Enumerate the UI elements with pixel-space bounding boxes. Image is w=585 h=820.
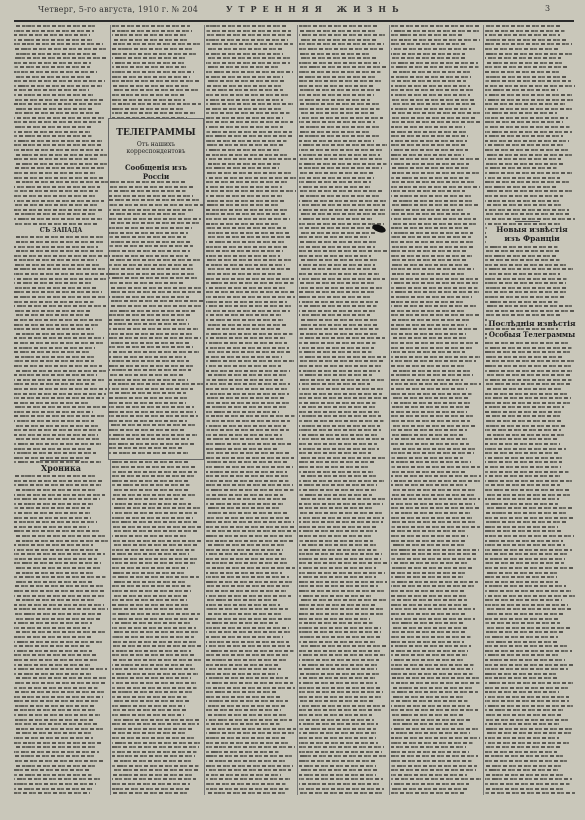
text-line <box>112 512 197 514</box>
text-line <box>485 636 558 638</box>
text-line <box>485 112 557 114</box>
text-line <box>206 140 287 142</box>
text-line <box>112 553 189 555</box>
text-line <box>206 466 293 468</box>
text-line <box>485 429 561 431</box>
text-line <box>391 103 475 105</box>
text-line <box>14 172 95 174</box>
text-line <box>485 57 561 59</box>
text-line <box>485 755 565 757</box>
text-line <box>206 420 290 422</box>
text-line <box>112 489 188 491</box>
text-line <box>391 268 474 270</box>
text-line <box>14 549 98 551</box>
telegrams-heading: ТЕЛЕГРАММЫ <box>109 129 203 138</box>
text-line <box>299 521 383 523</box>
text-line <box>391 774 467 776</box>
text-line <box>14 769 91 771</box>
text-line <box>14 177 105 179</box>
text-line <box>206 158 296 160</box>
text-line <box>206 319 283 321</box>
text-line <box>299 673 380 675</box>
section-rule <box>40 460 80 461</box>
text-line <box>206 461 288 463</box>
text-line <box>206 691 278 693</box>
text-line <box>391 540 467 542</box>
text-line <box>485 89 558 91</box>
text-line <box>485 567 574 569</box>
text-line <box>206 209 289 211</box>
text-line <box>206 714 286 716</box>
text-line <box>14 760 103 762</box>
text-line <box>14 512 90 514</box>
text-line <box>299 567 376 569</box>
text-line <box>206 613 281 615</box>
text-line <box>206 305 291 307</box>
text-line <box>391 443 469 445</box>
text-line <box>112 498 184 500</box>
text-line <box>206 521 294 523</box>
text-line <box>206 673 278 675</box>
text-line <box>391 34 464 36</box>
column-1 <box>14 25 108 795</box>
text-line <box>299 471 373 473</box>
text-line <box>485 200 559 202</box>
text-line <box>109 213 186 215</box>
text-line <box>299 751 382 753</box>
text-line <box>391 301 465 303</box>
text-line <box>485 746 561 748</box>
text-line <box>485 282 566 284</box>
text-line <box>485 673 558 675</box>
text-line <box>299 530 377 532</box>
text-line <box>299 181 371 183</box>
text-line <box>299 209 385 211</box>
text-line <box>112 526 202 528</box>
text-line <box>391 66 479 68</box>
col1-subheading: СЪ ЗАПАДА <box>14 226 108 235</box>
text-line <box>391 728 478 730</box>
text-line <box>112 622 190 624</box>
text-line <box>206 103 293 105</box>
text-line <box>112 709 186 711</box>
chronicle-heading: Хроника <box>14 464 108 473</box>
text-line <box>112 778 196 780</box>
text-line <box>299 778 383 780</box>
text-line <box>391 57 466 59</box>
text-line <box>206 218 290 220</box>
text-line <box>391 85 470 87</box>
text-line <box>299 213 385 215</box>
text-line <box>391 723 463 725</box>
text-line <box>391 732 470 734</box>
text-line <box>14 370 106 372</box>
text-line <box>206 480 289 482</box>
text-line <box>206 751 279 753</box>
text-line <box>206 360 294 362</box>
text-line <box>14 39 92 41</box>
text-line <box>112 558 199 560</box>
text-line <box>299 535 373 537</box>
text-line <box>112 599 187 601</box>
text-line <box>391 131 468 133</box>
text-line <box>14 80 105 82</box>
text-line <box>299 641 375 643</box>
text-line <box>485 783 570 785</box>
text-line <box>391 383 481 385</box>
text-line <box>14 636 93 638</box>
text-line <box>206 604 280 606</box>
text-line <box>206 347 289 349</box>
text-line <box>14 278 106 280</box>
text-line <box>391 121 480 123</box>
text-line <box>299 429 381 431</box>
text-line <box>14 158 99 160</box>
text-line <box>391 484 467 486</box>
text-line <box>14 337 104 339</box>
text-line <box>299 687 382 689</box>
text-line <box>14 494 105 496</box>
text-line <box>299 154 380 156</box>
text-line <box>14 397 104 399</box>
text-line <box>206 746 295 748</box>
text-line <box>299 94 374 96</box>
text-line <box>109 282 184 284</box>
text-line <box>14 264 100 266</box>
text-line <box>14 333 94 335</box>
text-line <box>391 296 472 298</box>
text-line <box>14 393 106 395</box>
text-line <box>391 333 466 335</box>
text-line <box>299 549 377 551</box>
text-line <box>206 374 286 376</box>
text-line <box>14 236 103 238</box>
text-line <box>299 466 370 468</box>
text-line <box>299 562 387 564</box>
text-line <box>391 117 476 119</box>
text-line <box>299 356 386 358</box>
text-line <box>391 677 480 679</box>
text-line <box>14 687 98 689</box>
text-line <box>14 581 92 583</box>
text-line <box>391 356 480 358</box>
text-line <box>485 48 559 50</box>
text-line <box>112 108 185 110</box>
text-line <box>299 443 377 445</box>
text-line <box>112 788 191 790</box>
text-line <box>206 342 287 344</box>
text-line <box>206 264 285 266</box>
text-line <box>14 618 100 620</box>
text-line <box>206 654 288 656</box>
text-line <box>391 94 470 96</box>
text-line <box>14 250 103 252</box>
text-line <box>14 347 95 349</box>
text-line <box>14 259 97 261</box>
text-line <box>109 209 193 211</box>
text-line <box>391 53 465 55</box>
text-line <box>14 650 92 652</box>
text-line <box>299 347 374 349</box>
text-line <box>391 365 466 367</box>
column-4 <box>299 25 387 795</box>
text-line <box>485 443 560 445</box>
text-line <box>206 595 291 597</box>
text-line <box>391 755 478 757</box>
text-line <box>299 765 376 767</box>
text-line <box>206 333 293 335</box>
text-line <box>206 618 293 620</box>
text-line <box>485 287 567 289</box>
text-line <box>299 236 370 238</box>
text-line <box>299 604 377 606</box>
text-line <box>391 319 470 321</box>
text-line <box>112 742 200 744</box>
text-line <box>391 636 471 638</box>
text-line <box>14 415 106 417</box>
text-line <box>206 682 293 684</box>
text-line <box>299 792 382 794</box>
text-line <box>206 282 294 284</box>
text-line <box>14 89 89 91</box>
text-line <box>206 438 284 440</box>
text-line <box>109 255 188 257</box>
text-line <box>14 604 104 606</box>
text-line <box>299 273 379 275</box>
text-line <box>14 310 91 312</box>
text-line <box>391 562 467 564</box>
text-line <box>391 232 473 234</box>
text-line <box>299 788 384 790</box>
text-line <box>109 310 196 312</box>
text-line <box>206 567 295 569</box>
text-line <box>14 783 96 785</box>
text-line <box>112 57 185 59</box>
text-line <box>391 769 476 771</box>
text-line <box>14 480 103 482</box>
text-line <box>485 365 573 367</box>
text-line <box>109 406 194 408</box>
text-line <box>391 149 468 151</box>
text-line <box>109 245 193 247</box>
text-line <box>391 282 478 284</box>
text-line <box>485 34 560 36</box>
text-line <box>391 337 466 339</box>
text-line <box>485 39 567 41</box>
text-line <box>391 544 464 546</box>
text-line <box>485 682 573 684</box>
text-line <box>485 177 560 179</box>
last-news-subheading: Особыя Телеграммы <box>487 330 577 339</box>
text-line <box>112 783 190 785</box>
text-line <box>485 291 566 293</box>
text-line <box>112 604 190 606</box>
text-line <box>112 728 192 730</box>
text-line <box>14 438 99 440</box>
text-line <box>14 319 104 321</box>
text-line <box>485 264 566 266</box>
text-line <box>391 714 464 716</box>
text-line <box>391 778 481 780</box>
text-line <box>391 691 478 693</box>
text-line <box>14 296 107 298</box>
text-line <box>485 379 572 381</box>
text-line <box>299 480 384 482</box>
text-line <box>112 659 202 661</box>
text-line <box>14 144 103 146</box>
text-line <box>206 448 279 450</box>
text-line <box>391 388 467 390</box>
text-line <box>485 778 572 780</box>
text-line <box>485 581 558 583</box>
text-line <box>206 278 294 280</box>
text-line <box>299 659 379 661</box>
text-line <box>109 424 195 426</box>
text-line <box>391 521 476 523</box>
text-line <box>14 356 95 358</box>
text-line <box>14 746 95 748</box>
text-line <box>299 393 382 395</box>
text-line <box>206 232 289 234</box>
text-line <box>485 278 567 280</box>
text-line <box>112 567 188 569</box>
text-line <box>391 324 467 326</box>
text-line <box>14 301 94 303</box>
text-line <box>299 696 381 698</box>
text-line <box>299 719 374 721</box>
text-line <box>112 484 190 486</box>
text-line <box>485 314 561 316</box>
text-line <box>14 328 93 330</box>
text-line <box>112 595 187 597</box>
text-line <box>299 420 384 422</box>
text-line <box>485 76 567 78</box>
text-line <box>299 204 385 206</box>
text-line <box>299 705 385 707</box>
text-line <box>14 457 91 459</box>
text-line <box>112 613 200 615</box>
text-line <box>14 654 98 656</box>
text-line <box>14 291 102 293</box>
text-line <box>206 402 289 404</box>
text-line <box>485 246 558 248</box>
text-line <box>391 62 478 64</box>
text-line <box>299 305 377 307</box>
text-line <box>206 80 284 82</box>
text-line <box>109 314 192 316</box>
text-line <box>112 765 199 767</box>
text-line <box>485 360 575 362</box>
text-line <box>14 379 104 381</box>
text-line <box>206 668 281 670</box>
text-line <box>485 599 562 601</box>
text-line <box>206 760 285 762</box>
text-line <box>299 223 384 225</box>
text-line <box>109 195 193 197</box>
text-line <box>109 402 186 404</box>
text-line <box>14 218 102 220</box>
text-line <box>14 719 94 721</box>
page-header: Четверг, 5-го августа, 1910 г. № 204 УТР… <box>0 0 585 20</box>
text-line <box>112 737 194 739</box>
text-line <box>485 71 561 73</box>
text-line <box>391 659 463 661</box>
text-line <box>391 259 467 261</box>
text-line <box>299 558 381 560</box>
text-line <box>206 89 283 91</box>
column-5 <box>391 25 481 795</box>
text-line <box>206 149 279 151</box>
text-line <box>109 452 188 454</box>
text-line <box>14 213 96 215</box>
text-line <box>485 705 573 707</box>
text-line <box>485 526 558 528</box>
text-line <box>391 457 463 459</box>
column-6 <box>485 25 575 795</box>
text-line <box>14 691 105 693</box>
text-line <box>206 443 293 445</box>
text-line <box>109 319 187 321</box>
text-line <box>206 144 284 146</box>
text-line <box>206 415 295 417</box>
text-line <box>14 429 101 431</box>
text-line <box>206 540 295 542</box>
text-line <box>109 365 195 367</box>
text-line <box>206 558 286 560</box>
text-line <box>299 415 381 417</box>
text-line <box>299 737 376 739</box>
text-line <box>206 677 288 679</box>
text-line <box>14 677 106 679</box>
text-line <box>391 590 465 592</box>
text-line <box>485 310 575 312</box>
text-line <box>112 466 197 468</box>
telegrams-body <box>109 181 203 457</box>
text-line <box>112 34 186 36</box>
text-line <box>206 383 290 385</box>
text-line <box>14 792 90 794</box>
text-line <box>206 608 288 610</box>
text-line <box>14 140 102 142</box>
text-line <box>112 650 191 652</box>
text-line <box>112 751 197 753</box>
text-line <box>206 273 282 275</box>
text-line <box>391 287 478 289</box>
text-line <box>391 154 464 156</box>
text-line <box>206 388 287 390</box>
text-line <box>485 774 564 776</box>
text-line <box>109 420 187 422</box>
text-line <box>299 186 370 188</box>
text-line <box>14 66 90 68</box>
text-line <box>485 466 561 468</box>
text-line <box>391 746 466 748</box>
text-line <box>391 314 480 316</box>
text-line <box>485 103 565 105</box>
text-line <box>299 590 386 592</box>
text-line <box>206 112 290 114</box>
text-line <box>391 494 475 496</box>
text-line <box>485 751 557 753</box>
text-line <box>485 163 564 165</box>
text-line <box>485 268 573 270</box>
text-line <box>299 80 381 82</box>
text-line <box>112 99 185 101</box>
text-line <box>485 154 572 156</box>
text-line <box>14 696 103 698</box>
text-line <box>206 379 283 381</box>
text-line <box>299 618 370 620</box>
